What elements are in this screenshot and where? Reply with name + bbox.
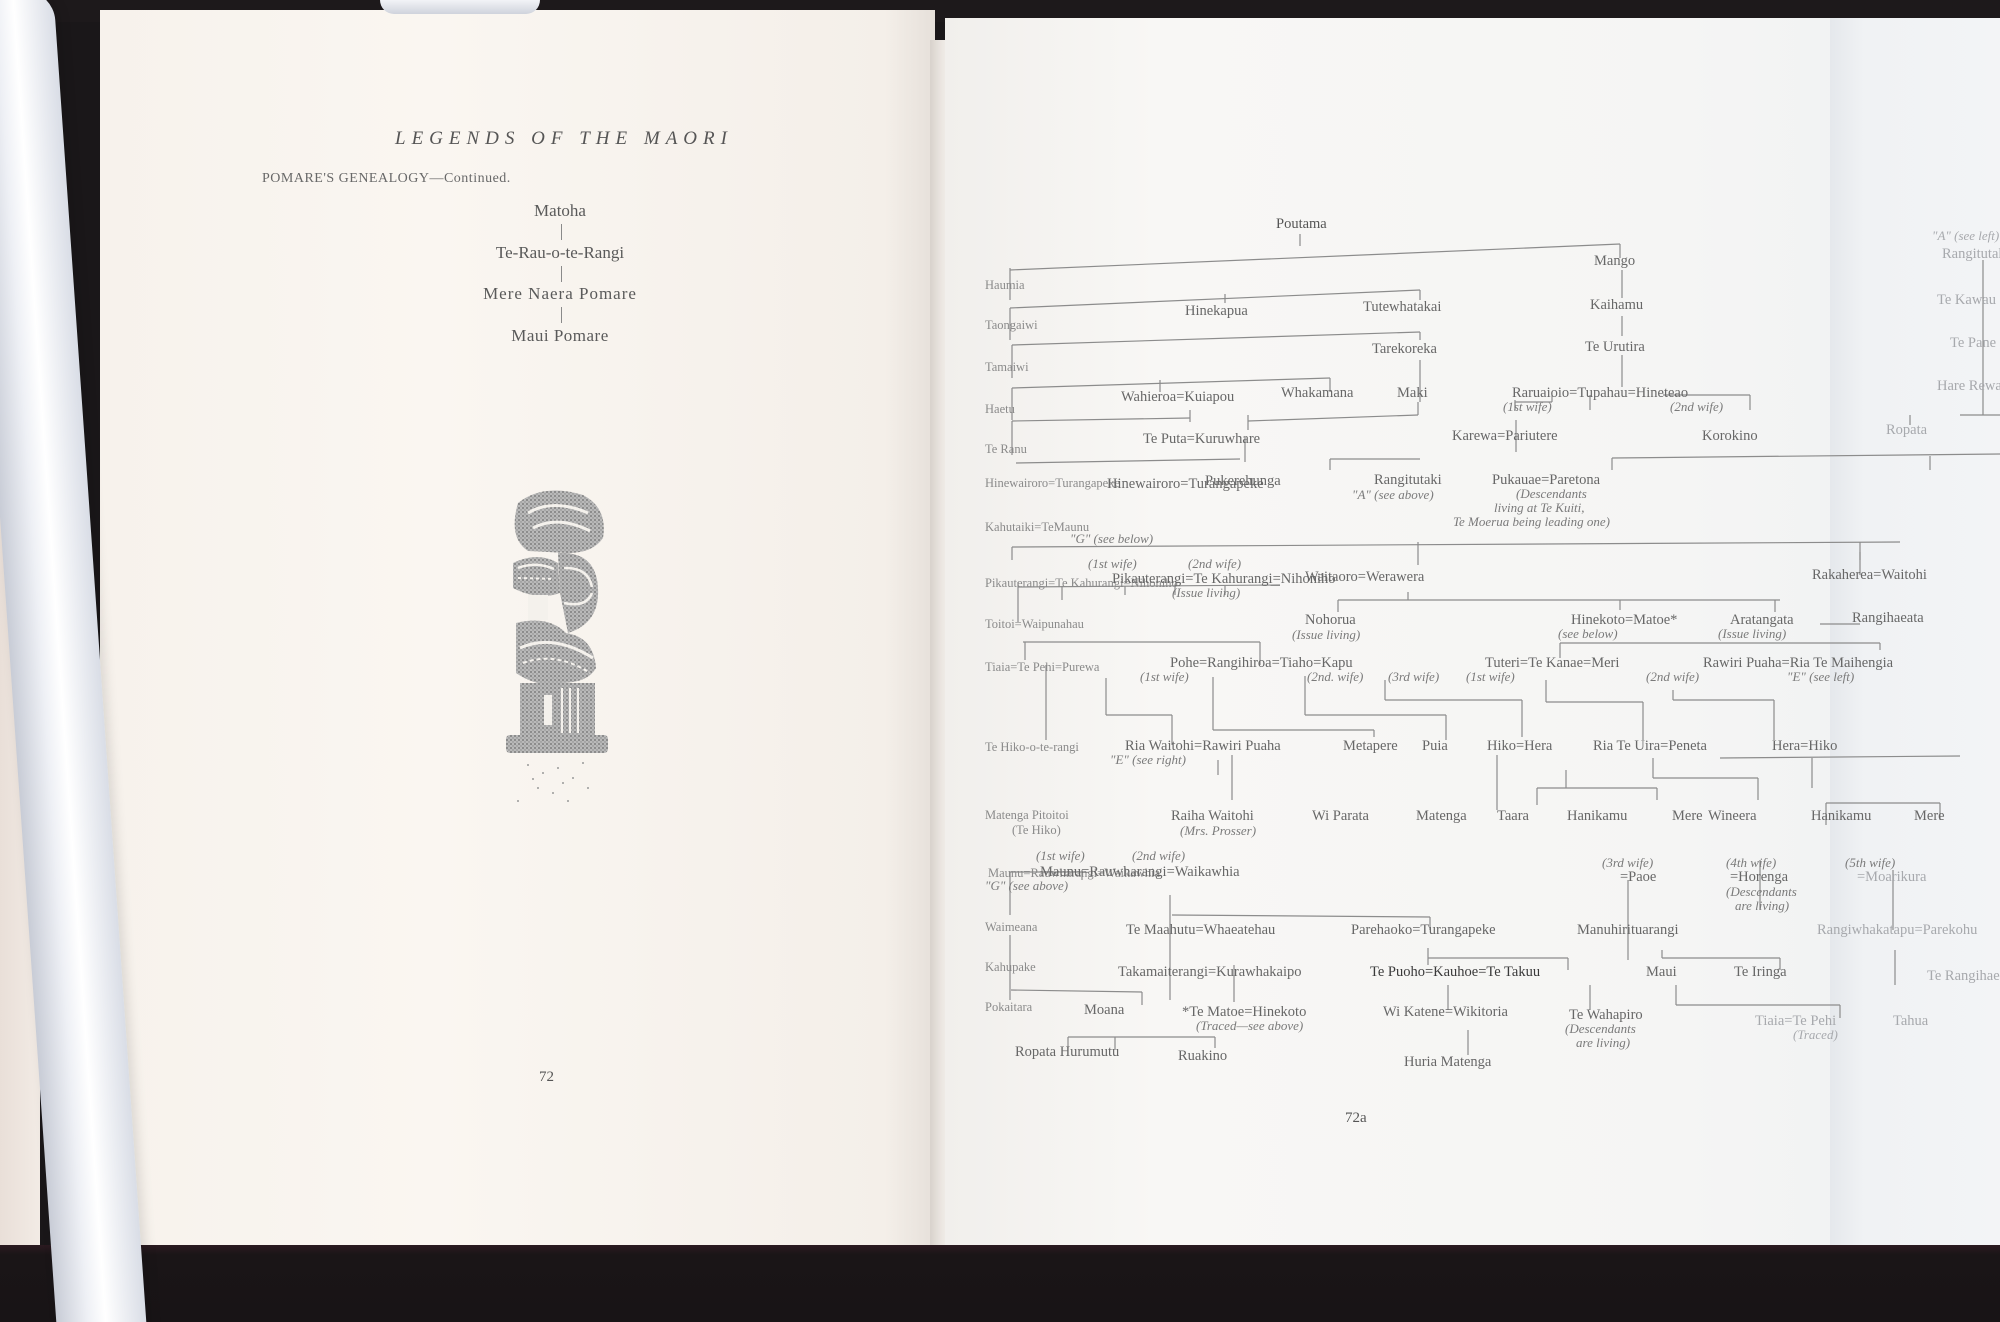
note-rangitutaki-a: "A" (see above) — [1352, 487, 1434, 503]
node-korokino: Korokino — [1702, 428, 1758, 445]
node-rangiwhakatapu: Rangiwhakatapu=Parekohu — [1817, 922, 1977, 939]
col-toitoi: Toitoi=Waipunahau — [985, 617, 1084, 632]
node-wahieroa-kuiapou: Wahieroa=Kuiapou — [1121, 389, 1234, 406]
col-haetu: Haetu — [985, 402, 1015, 417]
node-pukerehunga: Pukerehunga — [1205, 473, 1281, 490]
note-aratangata-issue: (Issue living) — [1718, 626, 1786, 642]
node-waitaoro-werawera: Waitaoro=Werawera — [1305, 569, 1424, 586]
node-te-rangihaeata-2: Te Rangihaeata — [1927, 968, 2000, 985]
ribbon-bookmark-top — [380, 0, 540, 14]
node-mere-2: Mere — [1914, 808, 1945, 825]
node-tahua: Tahua — [1893, 1013, 1928, 1030]
node-maui: Maui — [1646, 964, 1677, 981]
node-manuhirituarangi: Manuhirituarangi — [1577, 922, 1678, 939]
note-pukauae-3: Te Moerua being leading one) — [1453, 514, 1610, 530]
node-parehaoko: Parehaoko=Turangapeke — [1351, 922, 1496, 939]
node-te-maahutu: Te Maahutu=Whaeatehau — [1126, 922, 1275, 939]
node-taara: Taara — [1497, 808, 1529, 825]
node-huria-matenga: Huria Matenga — [1404, 1054, 1491, 1071]
note-tupahau-2nd-wife: (2nd wife) — [1670, 399, 1723, 415]
col-hinewairoro: Hinewairoro=Turangapeke — [985, 476, 1120, 491]
node-whakamana: Whakamana — [1281, 385, 1353, 402]
node-tutewhatakai: Tutewhatakai — [1363, 299, 1441, 316]
note-pohe-1st: (1st wife) — [1140, 669, 1189, 685]
col-tamaiwi: Tamaiwi — [985, 360, 1029, 375]
edge-hare-rewa: Hare Rewa — [1937, 378, 2000, 395]
node-hiko-hera: Hiko=Hera — [1487, 738, 1552, 755]
node-mere-1: Mere — [1672, 808, 1703, 825]
node-metapere: Metapere — [1343, 738, 1398, 755]
node-ria-te-uira: Ria Te Uira=Peneta — [1593, 738, 1707, 755]
note-hinekoto-see-below: (see below) — [1558, 626, 1618, 642]
col-tiaia: Tiaia=Te Pehi=Purewa — [985, 660, 1099, 675]
node-ropata-hurumutu: Ropata Hurumutu — [1015, 1044, 1119, 1061]
note-maunu-g: "G" (see above) — [985, 878, 1068, 894]
node-mango: Mango — [1594, 253, 1635, 270]
note-kahurangi-1st: (1st wife) — [1088, 556, 1137, 572]
col-waimeana: Waimeana — [985, 920, 1037, 935]
note-mrs-prosser: (Mrs. Prosser) — [1180, 823, 1256, 839]
node-tarekoreka: Tarekoreka — [1372, 341, 1437, 358]
note-te-matoe-traced: (Traced—see above) — [1196, 1018, 1303, 1034]
col-taongaiwi: Taongaiwi — [985, 318, 1038, 333]
node-maki: Maki — [1397, 385, 1428, 402]
node-puia: Puia — [1422, 738, 1448, 755]
node-rakaherea-waitohi: Rakaherea=Waitohi — [1812, 567, 1927, 584]
note-nohorua-issue: (Issue living) — [1292, 627, 1360, 643]
node-hera-hiko: Hera=Hiko — [1772, 738, 1837, 755]
book-cover-bottom — [0, 1245, 2000, 1322]
edge-te-pane: Te Pane — [1950, 335, 1996, 352]
node-takamaiterangi: Takamaiterangi=Kurawhakaipo — [1118, 964, 1302, 981]
note-tuteri-1st: (1st wife) — [1466, 669, 1515, 685]
note-tiaia-traced: (Traced) — [1793, 1027, 1838, 1043]
node-te-urutira: Te Urutira — [1585, 339, 1645, 356]
col-pokaitara: Pokaitara — [985, 1000, 1032, 1015]
node-kaihamu: Kaihamu — [1590, 297, 1643, 314]
page-number-right: 72a — [1345, 1110, 1367, 1127]
node-karewa-pariutere: Karewa=Pariutere — [1452, 428, 1558, 445]
node-hinekapua: Hinekapua — [1185, 303, 1248, 320]
node-te-puoho: Te Puoho=Kauhoe=Te Takuu — [1370, 964, 1540, 981]
edge-te-kawau: Te Kawau — [1937, 292, 1996, 309]
col-te-hiko-note: (Te Hiko) — [1012, 823, 1061, 838]
node-rangihaeata: Rangihaeata — [1852, 610, 1924, 627]
book-spread: LEGENDS OF THE MAORI POMARE'S GENEALOGY—… — [0, 0, 2000, 1322]
note-nihoniho-issue: (Issue living) — [1172, 585, 1240, 601]
node-hanikamu-2: Hanikamu — [1811, 808, 1871, 825]
note-tupahau-1st-wife: (1st wife) — [1503, 399, 1552, 415]
node-paoe: =Paoe — [1620, 869, 1656, 886]
node-te-puta-kuruwhare: Te Puta=Kuruwhare — [1143, 431, 1260, 448]
note-tuteri-2nd: (2nd wife) — [1646, 669, 1699, 685]
note-horenga-desc-2: are living) — [1735, 898, 1789, 914]
node-te-iringa: Te Iringa — [1734, 964, 1787, 981]
node-moarikura: =Moarikura — [1857, 869, 1926, 886]
note-pohe-2nd: (2nd. wife) — [1307, 669, 1363, 685]
node-hanikamu-1: Hanikamu — [1567, 808, 1627, 825]
col-te-hiko-o-te-rangi: Te Hiko-o-te-rangi — [985, 740, 1079, 755]
note-kahurangi-2nd: (2nd wife) — [1188, 556, 1241, 572]
node-wineera: Wineera — [1708, 808, 1757, 825]
edge-a-note: "A" (see left) — [1932, 228, 1999, 244]
note-maunu-1st: (1st wife) — [1036, 848, 1085, 864]
col-te-ranu: Te Ranu — [985, 442, 1027, 457]
node-wi-katene: Wi Katene=Wikitoria — [1383, 1004, 1508, 1021]
col-kahupake: Kahupake — [985, 960, 1036, 975]
note-rawiri-see-left: "E" (see left) — [1787, 669, 1854, 685]
edge-rangitutaki: Rangitutaki — [1942, 246, 2000, 263]
note-temaunu-g: "G" (see below) — [1070, 531, 1153, 547]
note-pohe-3rd: (3rd wife) — [1388, 669, 1439, 685]
note-wahapiro-desc-2: are living) — [1576, 1035, 1630, 1051]
note-ria-see-right: "E" (see right) — [1110, 752, 1186, 768]
node-ruakino: Ruakino — [1178, 1048, 1227, 1065]
node-poutama: Poutama — [1276, 216, 1327, 233]
node-matenga: Matenga — [1416, 808, 1467, 825]
node-wi-parata: Wi Parata — [1312, 808, 1369, 825]
node-rauwharangi-waikawhia: Maunu=Rauwharangi=Waikawhia — [1040, 864, 1240, 881]
col-matenga-pitoitoi: Matenga Pitoitoi — [985, 808, 1069, 823]
edge-ropata: Ropata — [1886, 422, 1927, 439]
col-haumia: Haumia — [985, 278, 1025, 293]
node-moana: Moana — [1084, 1002, 1124, 1019]
note-maunu-2nd: (2nd wife) — [1132, 848, 1185, 864]
